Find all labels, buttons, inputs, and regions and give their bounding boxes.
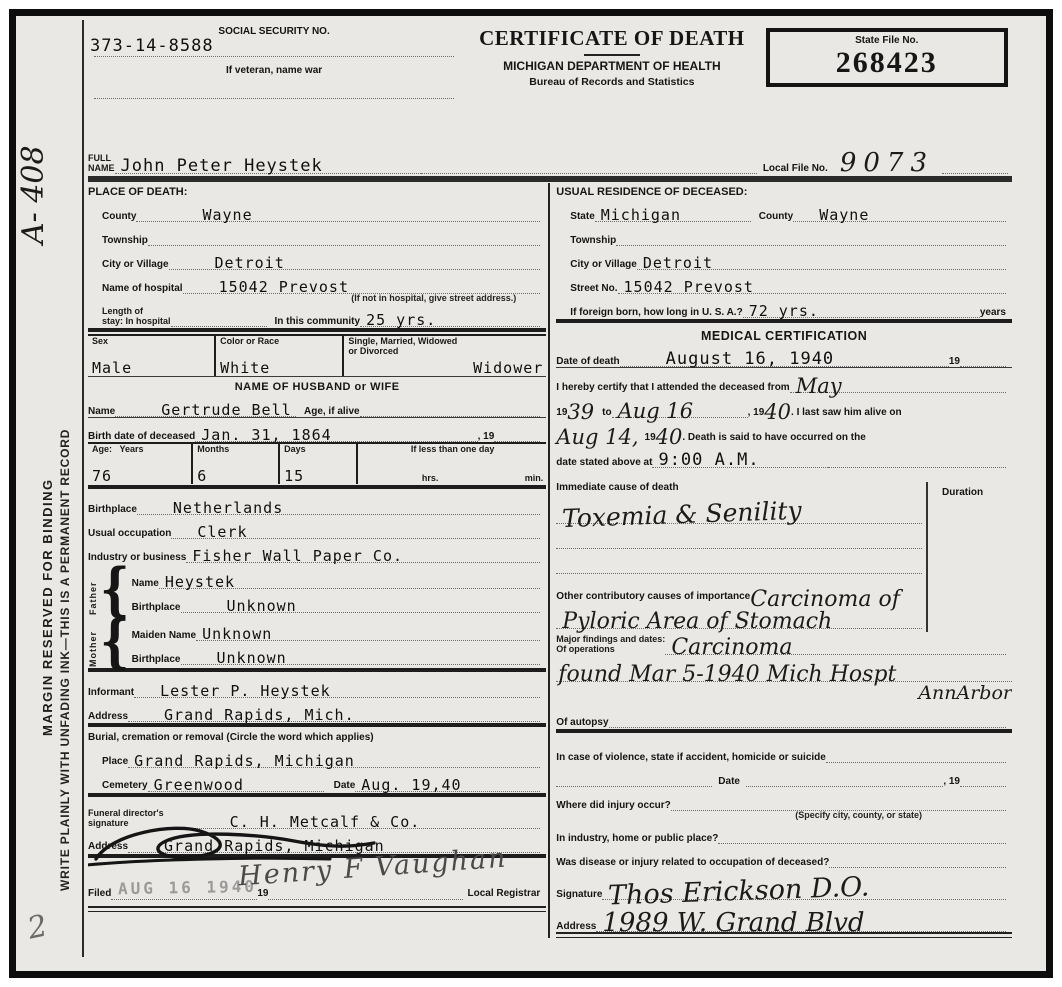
binding-margin: A- 408 MARGIN RESERVED FOR BINDING WRITE… <box>16 16 82 971</box>
state-file-label: State File No. <box>774 35 1000 47</box>
place-of-death-heading: PLACE OF DEATH: <box>88 183 546 198</box>
street-value: 15042 Prevost <box>624 278 754 296</box>
violence-date-field-a <box>556 774 712 787</box>
funeral-typed-name: C. H. Metcalf & Co. <box>230 813 421 831</box>
informant-address-field: Grand Rapids, Mich. <box>128 706 540 722</box>
marital-value: Widower <box>473 359 543 377</box>
birthplace-field: Netherlands <box>137 499 540 515</box>
filed-label: Filed <box>88 888 111 900</box>
res-township-row: Township <box>556 222 1012 246</box>
disease-occupation-row: Was disease or injury related to occupat… <box>556 844 1012 868</box>
informant-value: Lester P. Heystek <box>160 682 331 700</box>
county-value: Wayne <box>202 206 252 224</box>
filed-date-stamp: AUG 16 1940 <box>118 876 257 897</box>
injury-note: (Specify city, county, or state) <box>556 811 1012 820</box>
occupation-label: Usual occupation <box>88 528 171 540</box>
res-city-label: City or Village <box>570 259 637 271</box>
ssn-block: SOCIAL SECURITY NO. 373-14-8588 If veter… <box>88 22 468 138</box>
father-group: Father { Name Heystek Birthplace Unknown <box>88 563 546 615</box>
sex-value: Male <box>92 359 211 377</box>
min-label: min. <box>525 474 544 484</box>
city-value: Detroit <box>215 254 285 272</box>
funeral-signature-row: Funeral director's signature C. H. Metca… <box>88 799 546 829</box>
certify-19b: 19 <box>645 432 656 444</box>
autopsy-label: Of autopsy <box>556 717 608 729</box>
birth-date-label: Birth date of deceased <box>88 431 195 443</box>
mother-brace: { <box>100 612 130 670</box>
right-column: USUAL RESIDENCE OF DECEASED: State Michi… <box>550 183 1012 938</box>
res-township-label: Township <box>570 235 616 247</box>
birth-date-row: Birth date of deceased Jan. 31, 1864 , 1… <box>88 418 546 442</box>
burial-place-label: Place <box>102 756 128 768</box>
columns: PLACE OF DEATH: County Wayne Township Ci… <box>88 183 1012 938</box>
certify-hw-aug14: Aug 14, <box>556 425 638 449</box>
mother-birthplace-value: Unknown <box>217 649 287 667</box>
years-label: years <box>980 307 1006 319</box>
state-value: Michigan <box>601 206 681 224</box>
contributory-hw-2: Pyloric Area of Stomach <box>562 609 832 634</box>
burial-date-label: Date <box>334 780 356 792</box>
community-field: 25 yrs. <box>360 311 540 327</box>
injury-row: Where did injury occur? <box>556 787 1012 811</box>
header: SOCIAL SECURITY NO. 373-14-8588 If veter… <box>88 22 1012 138</box>
burial-heading: Burial, cremation or removal (Circle the… <box>88 729 546 744</box>
local-file-line <box>942 161 1008 174</box>
bottom-rule <box>88 906 546 912</box>
spouse-name-field: Gertrude Bell <box>115 401 296 417</box>
spouse-name-row: Name Gertrude Bell Age, if alive <box>88 393 546 417</box>
state-county-row: State Michigan County Wayne <box>556 198 1012 222</box>
physician-signature-field: Thos Erickson D.O. <box>602 876 1006 900</box>
findings-hw-1: Carcinoma <box>671 635 792 660</box>
age-row: Age: Years 76 Months 6 Days 15 If le <box>88 442 546 484</box>
duration-box: Duration <box>926 482 1012 632</box>
industry-place-row: In industry, home or public place? <box>556 820 1012 844</box>
margin-binding-text: MARGIN RESERVED FOR BINDING <box>40 306 55 736</box>
res-township-field <box>616 233 1006 246</box>
mother-side-label: Mother <box>88 615 98 667</box>
cemetery-value: Greenwood <box>154 776 244 794</box>
date-of-death-field: August 16, 1940 <box>620 349 949 367</box>
less-than-day-label: If less than one day <box>411 445 495 455</box>
findings-label-2: Of operations <box>556 645 665 655</box>
mother-group: Mother { Maiden Name Unknown Birthplace … <box>88 615 546 667</box>
informant-field: Lester P. Heystek <box>134 682 540 698</box>
mother-birthplace-row: Birthplace Unknown <box>132 641 547 665</box>
industry-place-field <box>718 831 1006 844</box>
page-title: CERTIFICATE OF DEATH <box>468 26 755 51</box>
birth-year-suffix: , 19 <box>478 431 495 443</box>
burial-date-field: Aug. 19,40 <box>355 776 540 792</box>
age-months-cell: Months 6 <box>191 444 278 484</box>
res-city-row: City or Village Detroit <box>556 246 1012 270</box>
full-name-label-2: NAME <box>88 164 115 174</box>
margin-ink-text: WRITE PLAINLY WITH UNFADING INK—THIS IS … <box>58 251 72 891</box>
hospital-label: Name of hospital <box>102 283 183 295</box>
certify-field-1: May <box>790 374 1006 393</box>
industry-field: Fisher Wall Paper Co. <box>186 547 540 563</box>
filed-block: AUG 16 1940 Henry F Vaughan Filed 19 Loc… <box>88 860 546 906</box>
mother-birthplace-label: Birthplace <box>132 654 181 666</box>
time-of-death-field: 9:00 A.M. <box>652 450 828 468</box>
occupation-value: Clerk <box>197 523 247 541</box>
physician-signature-row: Signature Thos Erickson D.O. <box>556 868 1012 900</box>
veteran-underline <box>94 98 454 99</box>
certify-text-1: I hereby certify that I attended the dec… <box>556 382 789 394</box>
certify-hw-may: May <box>796 374 842 398</box>
violence-date-field-b <box>746 774 943 787</box>
local-file-label: Local File No. <box>763 163 828 175</box>
full-name-value: John Peter Heystek <box>121 156 323 176</box>
cause-of-death-area: Duration Immediate cause of death Toxemi… <box>556 468 1012 629</box>
certify-to: to <box>602 407 611 419</box>
funeral-address-value: Grand Rapids, Michigan <box>164 837 385 855</box>
stay-row: Length of stay: In hospital In this comm… <box>88 303 546 327</box>
state-label: State <box>570 211 594 223</box>
certify-occurred: . Death is said to have occurred on the <box>682 432 865 444</box>
state-file-block: State File No. 268423 <box>756 22 1012 138</box>
father-birthplace-label: Birthplace <box>132 602 181 614</box>
margin-handwritten-bottom: 2 <box>25 908 51 946</box>
dod-year-label: 19 <box>949 356 960 368</box>
violence-year-field <box>960 774 1006 787</box>
race-label: Color or Race <box>220 337 339 347</box>
duration-label: Duration <box>928 485 983 498</box>
age-years-cell: Age: Years 76 <box>88 444 191 484</box>
age-days-value: 15 <box>284 467 353 485</box>
county-field: Wayne <box>136 206 540 222</box>
hospital-row: Name of hospital 15042 Prevost <box>88 270 546 294</box>
local-file-number: 9073 <box>840 148 934 178</box>
city-field: Detroit <box>169 254 541 270</box>
bureau-line: Bureau of Records and Statistics <box>468 76 755 88</box>
res-city-value: Detroit <box>643 254 713 272</box>
marital-label-2: or Divorced <box>348 347 543 357</box>
sex-label: Sex <box>92 337 211 347</box>
foreign-born-label: If foreign born, how long in U. S. A.? <box>570 307 742 319</box>
funeral-address-label: Address <box>88 841 128 853</box>
birth-year-field <box>494 429 540 442</box>
mother-name-value: Unknown <box>202 625 272 643</box>
date-of-death-value: August 16, 1940 <box>666 349 835 369</box>
date-of-death-label: Date of death <box>556 356 619 368</box>
certify-hw-aug16: Aug 16 <box>618 399 694 423</box>
title-block: CERTIFICATE OF DEATH MICHIGAN DEPARTMENT… <box>468 22 755 138</box>
city-row: City or Village Detroit <box>88 246 546 270</box>
res-county-field: Wayne <box>793 206 1006 222</box>
violence-field <box>826 750 1006 763</box>
immediate-cause-label: Immediate cause of death <box>556 482 678 494</box>
medical-certification-heading: MEDICAL CERTIFICATION <box>556 325 1012 343</box>
cemetery-field: Greenwood <box>148 776 324 792</box>
informant-address-row: Address Grand Rapids, Mich. <box>88 698 546 722</box>
stay-label-2: stay: In hospital <box>102 317 171 327</box>
father-side-label: Father <box>88 563 98 615</box>
mother-name-field: Unknown <box>196 625 540 641</box>
race-cell: Color or Race White <box>214 336 342 376</box>
spouse-name-value: Gertrude Bell <box>161 401 291 419</box>
physician-signature-label: Signature <box>556 889 602 901</box>
age-months-value: 6 <box>197 467 275 485</box>
birth-date-field: Jan. 31, 1864 <box>195 426 477 442</box>
age-if-alive-field <box>360 404 541 417</box>
age-if-alive-label: Age, if alive <box>304 406 360 418</box>
date-of-death-row: Date of death August 16, 1940 19 <box>556 343 1012 367</box>
state-field: Michigan <box>595 206 751 222</box>
physician-address-label: Address <box>556 921 596 933</box>
age-months-label: Months <box>197 445 275 455</box>
local-registrar-label: Local Registrar <box>467 888 540 900</box>
father-name-label: Name <box>132 578 159 590</box>
burial-place-value: Grand Rapids, Michigan <box>134 752 355 770</box>
findings-field-1: Carcinoma <box>665 635 1006 655</box>
department-line: MICHIGAN DEPARTMENT OF HEALTH <box>468 59 755 73</box>
mother-maiden-name-label: Maiden Name <box>132 630 196 642</box>
hospital-field: 15042 Prevost <box>183 278 541 294</box>
state-file-number: 268423 <box>774 47 1000 79</box>
residence-heading: USUAL RESIDENCE OF DECEASED: <box>556 183 1012 198</box>
cemetery-row: Cemetery Greenwood Date Aug. 19,40 <box>88 768 546 792</box>
disease-occupation-label: Was disease or injury related to occupat… <box>556 857 829 869</box>
autopsy-row: Of autopsy <box>556 704 1012 728</box>
certify-19c: , 19 <box>748 407 765 419</box>
certify-field-2: Aug 16 <box>612 399 748 418</box>
dod-year-field <box>960 354 1006 367</box>
industry-value: Fisher Wall Paper Co. <box>192 547 403 565</box>
stay-field <box>171 314 267 327</box>
full-name-extra-line <box>421 161 757 174</box>
sex-race-marital-row: Sex Male Color or Race White Single, Mar… <box>88 334 546 376</box>
mother-name-row: Maiden Name Unknown <box>132 617 547 641</box>
occupation-field: Clerk <box>171 523 540 539</box>
street-label: Street No. <box>570 283 617 295</box>
findings-hw-2: found Mar 5-1940 Mich Hospt <box>558 662 896 687</box>
res-county-value: Wayne <box>819 206 869 224</box>
city-label: City or Village <box>102 259 169 271</box>
street-field: 15042 Prevost <box>618 278 1006 294</box>
cause-blank-line-2 <box>556 549 922 574</box>
community-value: 25 yrs. <box>366 311 436 329</box>
foreign-born-row: If foreign born, how long in U. S. A.? 7… <box>556 294 1012 318</box>
certificate-scan: A- 408 MARGIN RESERVED FOR BINDING WRITE… <box>9 9 1053 978</box>
birthplace-label: Birthplace <box>88 504 137 516</box>
violence-label: In case of violence, state if accident, … <box>556 752 826 764</box>
township-row: Township <box>88 222 546 246</box>
street-row: Street No. 15042 Prevost <box>556 270 1012 294</box>
violence-row: In case of violence, state if accident, … <box>556 735 1012 763</box>
full-name-field: John Peter Heystek <box>115 156 421 174</box>
sex-cell: Sex Male <box>88 336 214 376</box>
age-days-label: Days <box>284 445 353 455</box>
certify-lastsaw: . I last saw him alive on <box>791 407 902 419</box>
margin-handwritten-number: A- 408 <box>16 34 51 244</box>
full-name-row: FULL NAME John Peter Heystek Local File … <box>88 138 1012 174</box>
township-field <box>148 233 540 246</box>
occupation-row: Usual occupation Clerk <box>88 515 546 539</box>
father-name-value: Heystek <box>165 573 235 591</box>
section-rule <box>88 668 546 673</box>
certify-hw-40a: 40 <box>764 400 791 424</box>
violence-date-row: Date , 19 <box>556 763 1012 787</box>
res-city-field: Detroit <box>637 254 1006 270</box>
birthplace-value: Netherlands <box>173 499 283 517</box>
mother-birthplace-field: Unknown <box>181 649 541 665</box>
industry-place-label: In industry, home or public place? <box>556 833 718 845</box>
age-years-label: Age: Years <box>92 445 188 455</box>
cemetery-label: Cemetery <box>102 780 148 792</box>
veteran-label: If veteran, name war <box>90 65 458 77</box>
father-name-field: Heystek <box>159 573 540 589</box>
industry-row: Industry or business Fisher Wall Paper C… <box>88 539 546 563</box>
township-label: Township <box>102 235 148 247</box>
hrs-label: hrs. <box>422 474 439 484</box>
disease-occupation-field <box>829 855 1006 868</box>
informant-label: Informant <box>88 687 134 699</box>
certify-19a: 19 <box>556 407 567 419</box>
informant-row: Informant Lester P. Heystek <box>88 674 546 698</box>
funeral-signature-field: C. H. Metcalf & Co. <box>164 813 541 829</box>
burial-date-value: Aug. 19,40 <box>361 776 461 794</box>
age-years-value: 76 <box>92 467 188 485</box>
section-rule <box>88 485 546 490</box>
death-certificate-page: A- 408 MARGIN RESERVED FOR BINDING WRITE… <box>0 0 1062 987</box>
state-file-box: State File No. 268423 <box>766 28 1008 87</box>
informant-address-value: Grand Rapids, Mich. <box>164 706 355 724</box>
time-of-death-value: 9:00 A.M. <box>658 450 759 470</box>
ssn-value: 373-14-8588 <box>90 36 458 56</box>
filed-signature-field <box>268 887 463 900</box>
community-label: In this community <box>275 316 361 328</box>
certify-stated-above: date stated above at <box>556 457 652 469</box>
hospital-value: 15042 Prevost <box>219 278 349 296</box>
findings-hw-3: AnnArbor <box>918 682 1012 704</box>
section-rule <box>556 729 1012 734</box>
county-row: County Wayne <box>88 198 546 222</box>
res-county-label: County <box>759 211 793 223</box>
certify-line-1: I hereby certify that I attended the dec… <box>556 368 1012 393</box>
certificate-form: SOCIAL SECURITY NO. 373-14-8588 If veter… <box>82 20 1012 957</box>
burial-place-field: Grand Rapids, Michigan <box>128 752 540 768</box>
certify-hw-39: 39 <box>567 400 594 424</box>
birthplace-row: Birthplace Netherlands <box>88 491 546 515</box>
marital-cell: Single, Married, Widowed or Divorced Wid… <box>342 336 546 376</box>
foreign-born-value: 72 yrs. <box>749 302 819 320</box>
immediate-cause-field: Toxemia & Senility <box>556 493 922 524</box>
birth-date-value: Jan. 31, 1864 <box>201 426 331 444</box>
injury-label: Where did injury occur? <box>556 800 670 812</box>
father-birthplace-row: Birthplace Unknown <box>132 589 547 613</box>
certify-field-4b <box>828 455 1006 468</box>
less-than-day-cell: If less than one day hrs. min. <box>356 444 546 484</box>
physician-address-field: 1989 W. Grand Blvd <box>596 908 1006 932</box>
violence-year-label: , 19 <box>943 776 960 788</box>
foreign-born-field: 72 yrs. <box>743 302 980 318</box>
age-days-cell: Days 15 <box>278 444 356 484</box>
father-birthplace-value: Unknown <box>227 597 297 615</box>
violence-date-label: Date <box>718 776 740 788</box>
father-birthplace-field: Unknown <box>181 597 541 613</box>
county-label: County <box>102 211 136 223</box>
contributory-label: Other contributory causes of importance <box>556 591 750 603</box>
burial-place-row: Place Grand Rapids, Michigan <box>88 744 546 768</box>
autopsy-field <box>609 715 1006 728</box>
section-rule <box>88 328 546 333</box>
title-rule <box>584 54 640 56</box>
ssn-underline <box>94 56 454 57</box>
father-name-row: Name Heystek <box>132 565 547 589</box>
spouse-name-label: Name <box>88 406 115 418</box>
left-column: PLACE OF DEATH: County Wayne Township Ci… <box>88 183 550 938</box>
certify-line-2: 19 39 to Aug 16 , 19 40 . I last saw him… <box>556 393 1012 418</box>
spouse-heading: NAME OF HUSBAND or WIFE <box>88 377 546 393</box>
funeral-label-2: signature <box>88 819 164 829</box>
physician-address-value: 1989 W. Grand Blvd <box>602 908 864 938</box>
certify-hw-40b: 40 <box>656 425 683 449</box>
race-value: White <box>220 359 339 377</box>
informant-address-label: Address <box>88 711 128 723</box>
